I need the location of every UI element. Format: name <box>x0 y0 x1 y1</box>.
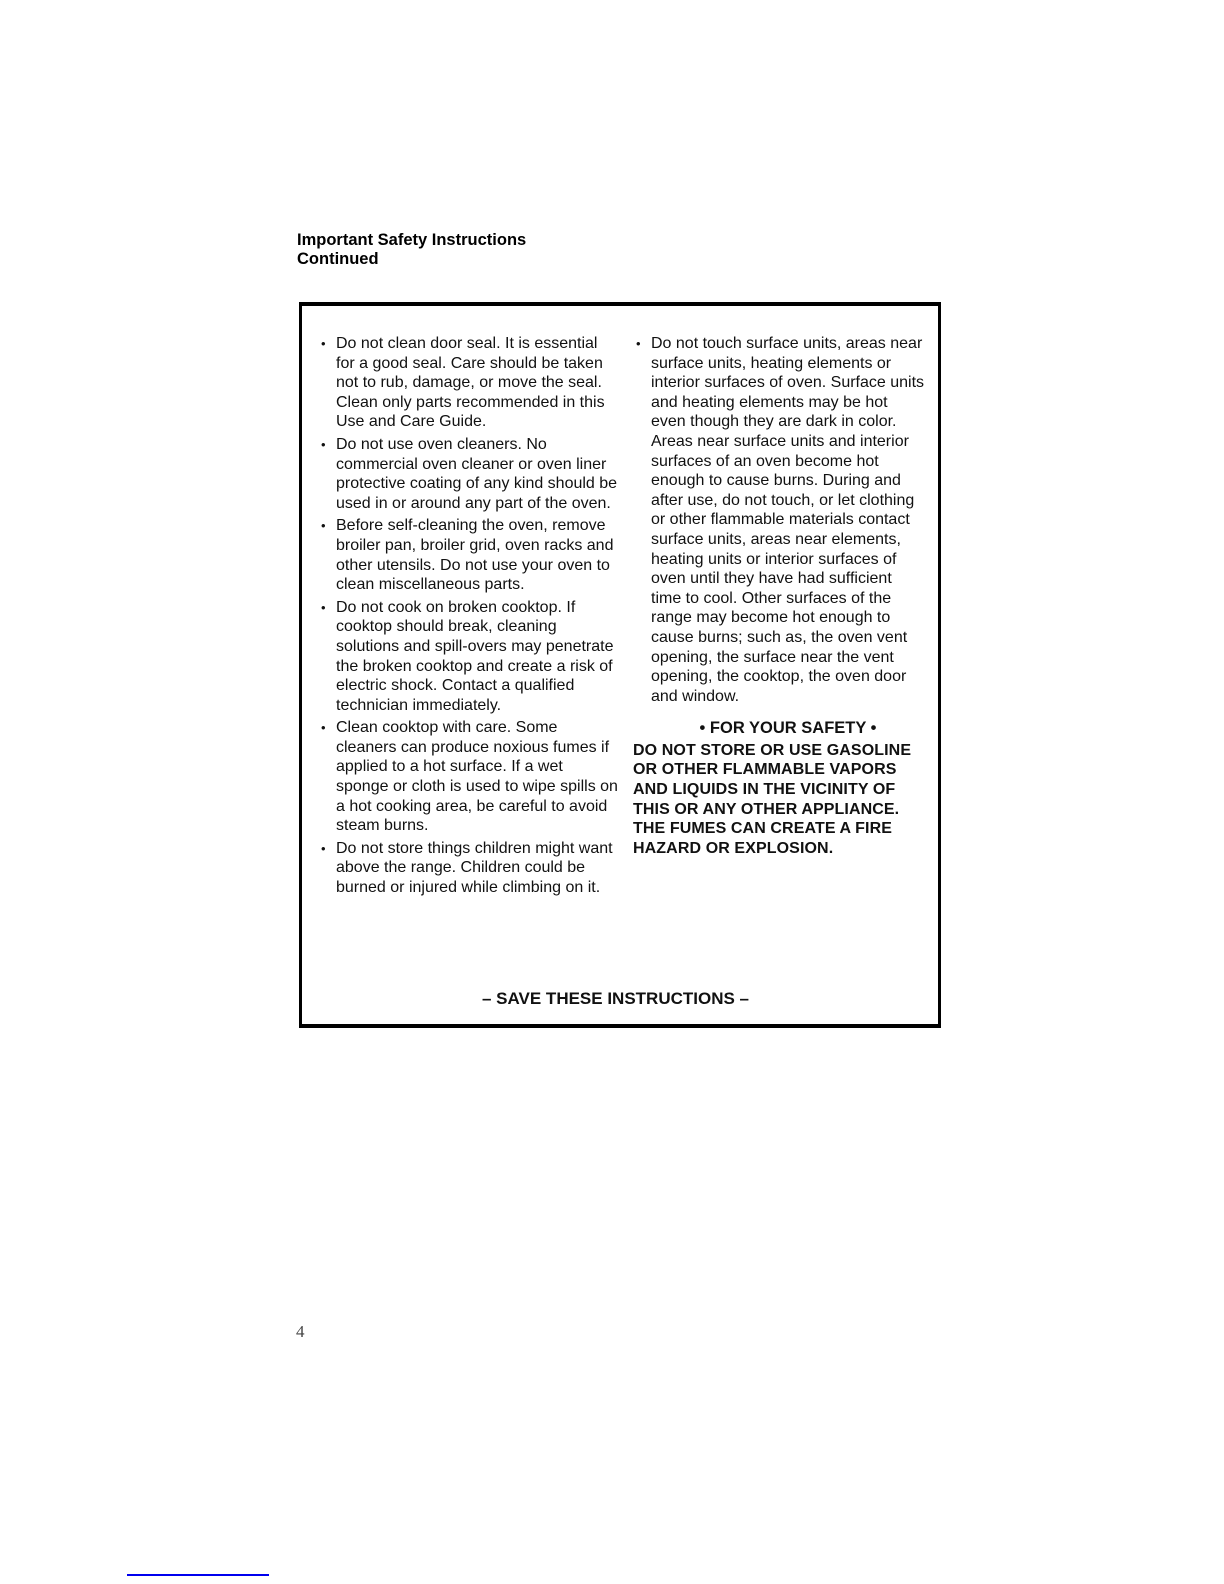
item-text: Clean cooktop with care. Some cleaners c… <box>336 719 618 834</box>
bullet-icon: • <box>321 718 326 738</box>
list-item: •Do not store things children might want… <box>318 839 618 898</box>
list-item: •Do not clean door seal. It is essential… <box>318 334 618 432</box>
item-text: Do not clean door seal. It is essential … <box>336 335 605 430</box>
bullet-icon: • <box>321 598 326 618</box>
item-text: Before self-cleaning the oven, remove br… <box>336 517 613 593</box>
page-number: 4 <box>296 1322 305 1342</box>
safety-warning-title: • FOR YOUR SAFETY • <box>633 719 925 739</box>
list-item: •Before self-cleaning the oven, remove b… <box>318 516 618 594</box>
right-column: •Do not touch surface units, areas near … <box>633 334 925 858</box>
list-item: •Do not use oven cleaners. No commercial… <box>318 435 618 513</box>
item-text: Do not store things children might want … <box>336 840 613 896</box>
item-text: Do not cook on broken cooktop. If cookto… <box>336 599 613 714</box>
list-item: •Clean cooktop with care. Some cleaners … <box>318 718 618 836</box>
bullet-icon: • <box>321 435 326 455</box>
list-item: •Do not touch surface units, areas near … <box>633 334 925 706</box>
left-column: •Do not clean door seal. It is essential… <box>318 334 618 901</box>
section-heading: Important Safety Instructions Continued <box>297 231 526 269</box>
list-item: •Do not cook on broken cooktop. If cookt… <box>318 598 618 716</box>
heading-subtitle: Continued <box>297 250 526 269</box>
right-instruction-list: •Do not touch surface units, areas near … <box>633 334 925 706</box>
safety-warning-text: DO NOT STORE OR USE GASOLINE OR OTHER FL… <box>633 741 925 859</box>
bullet-icon: • <box>321 839 326 859</box>
bullet-icon: • <box>636 334 641 354</box>
bullet-icon: • <box>321 334 326 354</box>
heading-title: Important Safety Instructions <box>297 231 526 250</box>
instructions-box: •Do not clean door seal. It is essential… <box>299 302 941 1028</box>
bullet-icon: • <box>321 516 326 536</box>
item-text: Do not touch surface units, areas near s… <box>651 335 924 705</box>
footer-rule <box>127 1574 269 1576</box>
save-instructions-note: – SAVE THESE INSTRUCTIONS – <box>482 989 749 1009</box>
item-text: Do not use oven cleaners. No commercial … <box>336 436 617 512</box>
left-instruction-list: •Do not clean door seal. It is essential… <box>318 334 618 898</box>
